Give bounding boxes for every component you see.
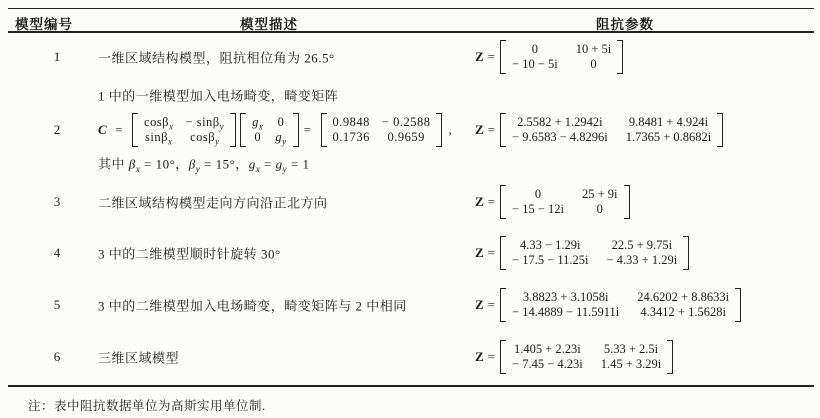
bracket-right xyxy=(617,40,623,74)
gain-matrix: gx 0 0 gy xyxy=(240,113,299,147)
equals-sign: = xyxy=(115,122,123,138)
model-id: 2 xyxy=(40,122,74,138)
matrix-cell: 9.8481 + 4.924i xyxy=(629,115,708,130)
matrix-cell: − 14.4889 − 11.5911i xyxy=(512,305,619,320)
matrix-cell: 1.7365 + 0.8682i xyxy=(626,130,712,145)
equals-sign: = xyxy=(488,349,495,365)
matrix-cell: 0.9848 xyxy=(333,115,370,130)
table-header-rule xyxy=(8,31,814,33)
impedance-expression: Z = 1.405 + 2.23i 5.33 + 2.5i − 7.45 − 4… xyxy=(475,340,673,374)
model-id: 6 xyxy=(40,349,74,365)
matrix-cell: 4.33 − 1.29i xyxy=(520,238,581,253)
model-id: 3 xyxy=(40,194,74,210)
model-description-line1: 1 中的一维模型加入电场畸变，畸变矩阵 xyxy=(98,86,338,105)
model-description: 3 中的二维模型顺时针旋转 30° xyxy=(98,244,281,263)
bracket-right xyxy=(683,236,689,270)
z-symbol: Z xyxy=(475,245,484,261)
header-model-id: 模型编号 xyxy=(15,13,73,33)
z-matrix: 0 25 + 9i − 15 − 12i 0 xyxy=(500,185,629,219)
bracket-right xyxy=(293,113,299,147)
matrix-cell: − 10 − 5i xyxy=(512,57,558,72)
model-description: 一维区域结构模型，阻抗相位角为 26.5° xyxy=(98,48,335,67)
impedance-expression: Z = 3.8823 + 3.1058i 24.6202 + 8.8633i −… xyxy=(475,288,741,322)
parameter-note-line: 其中 βx = 10°，βy = 15°，gx = gy = 1 xyxy=(98,154,309,173)
paper-table-page: 模型编号 模型描述 阻抗参数 1 一维区域结构模型，阻抗相位角为 26.5° Z… xyxy=(0,0,820,418)
matrix-cell: 5.33 + 2.5i xyxy=(604,342,658,357)
bracket-right xyxy=(735,288,741,322)
impedance-expression: Z = 0 10 + 5i − 10 − 5i 0 xyxy=(475,40,623,74)
impedance-expression: Z = 2.5582 + 1.2942i 9.8481 + 4.924i − 9… xyxy=(475,113,723,147)
z-matrix: 3.8823 + 3.1058i 24.6202 + 8.8633i − 14.… xyxy=(500,288,741,322)
z-symbol: Z xyxy=(475,122,484,138)
table-top-rule xyxy=(8,8,814,9)
model-id: 5 xyxy=(40,297,74,313)
matrix-cell: 2.5582 + 1.2942i xyxy=(517,115,603,130)
z-matrix: 1.405 + 2.23i 5.33 + 2.5i − 7.45 − 4.23i… xyxy=(500,340,673,374)
matrix-cell: 22.5 + 9.75i xyxy=(612,238,673,253)
impedance-expression: Z = 4.33 − 1.29i 22.5 + 9.75i − 17.5 − 1… xyxy=(475,236,689,270)
matrix-cell: 0.1736 xyxy=(333,130,370,145)
bracket-right xyxy=(717,113,723,147)
bracket-right xyxy=(436,113,442,147)
z-symbol: Z xyxy=(475,349,484,365)
header-model-description: 模型描述 xyxy=(240,13,298,33)
matrix-cell: − 9.6583 − 4.8296i xyxy=(512,130,608,145)
matrix-cell: sinβx xyxy=(145,130,172,145)
bracket-right xyxy=(624,185,630,219)
result-matrix: 0.9848 − 0.2588 0.1736 0.9659 xyxy=(321,113,443,147)
matrix-cell: − 7.45 − 4.23i xyxy=(512,357,583,372)
z-matrix: 4.33 − 1.29i 22.5 + 9.75i − 17.5 − 11.25… xyxy=(500,236,689,270)
trailing-comma: , xyxy=(448,122,452,138)
matrix-cell: − sinβy xyxy=(186,115,225,130)
matrix-cell: 0 xyxy=(278,115,285,130)
matrix-cell: 0.9659 xyxy=(387,130,424,145)
table-footnote: 注：表中阻抗数据单位为高斯实用单位制. xyxy=(28,396,266,414)
model-description: 二维区域结构模型走向方向沿正北方向 xyxy=(98,193,328,212)
equals-sign: = xyxy=(488,297,495,313)
matrix-cell: 1.45 + 3.29i xyxy=(601,357,662,372)
distortion-matrix-equation: C = cosβx − sinβy sinβx cosβy gx 0 0 gy xyxy=(98,113,452,147)
model-id: 4 xyxy=(40,245,74,261)
c-symbol: C xyxy=(98,122,107,138)
matrix-cell: gx xyxy=(252,115,263,130)
matrix-cell: 24.6202 + 8.8633i xyxy=(637,290,729,305)
rotation-matrix: cosβx − sinβy sinβx cosβy xyxy=(132,113,236,147)
matrix-cell: 25 + 9i xyxy=(582,187,618,202)
matrix-cell: − 17.5 − 11.25i xyxy=(512,253,588,268)
matrix-cell: − 15 − 12i xyxy=(512,202,564,217)
matrix-cell: 0 xyxy=(597,202,603,217)
matrix-cell: 0 xyxy=(254,130,261,145)
model-description: 三维区域模型 xyxy=(98,348,179,367)
equals-sign: = xyxy=(488,194,495,210)
equals-sign: = xyxy=(488,245,495,261)
z-matrix: 0 10 + 5i − 10 − 5i 0 xyxy=(500,40,623,74)
z-matrix: 2.5582 + 1.2942i 9.8481 + 4.924i − 9.658… xyxy=(500,113,723,147)
matrix-cell: 1.405 + 2.23i xyxy=(514,342,581,357)
equals-sign: = xyxy=(488,49,495,65)
model-description: 3 中的二维模型加入电场畸变，畸变矩阵与 2 中相同 xyxy=(98,296,407,315)
header-impedance-params: 阻抗参数 xyxy=(596,13,654,33)
matrix-cell: 4.3412 + 1.5628i xyxy=(640,305,726,320)
matrix-cell: 0 xyxy=(590,57,596,72)
equals-sign: = xyxy=(304,122,312,138)
table-bottom-rule xyxy=(8,385,814,387)
matrix-cell: 3.8823 + 3.1058i xyxy=(523,290,609,305)
bracket-right xyxy=(230,113,236,147)
impedance-expression: Z = 0 25 + 9i − 15 − 12i 0 xyxy=(475,185,630,219)
equals-sign: = xyxy=(488,122,495,138)
matrix-cell: − 0.2588 xyxy=(382,115,431,130)
matrix-cell: 10 + 5i xyxy=(576,42,612,57)
matrix-cell: − 4.33 + 1.29i xyxy=(607,253,678,268)
matrix-cell: gy xyxy=(275,130,286,145)
z-symbol: Z xyxy=(475,297,484,313)
matrix-cell: cosβx xyxy=(144,115,174,130)
bracket-right xyxy=(667,340,673,374)
z-symbol: Z xyxy=(475,194,484,210)
z-symbol: Z xyxy=(475,49,484,65)
model-id: 1 xyxy=(40,49,74,65)
matrix-cell: cosβy xyxy=(190,130,220,145)
matrix-cell: 0 xyxy=(532,42,538,57)
matrix-cell: 0 xyxy=(535,187,541,202)
